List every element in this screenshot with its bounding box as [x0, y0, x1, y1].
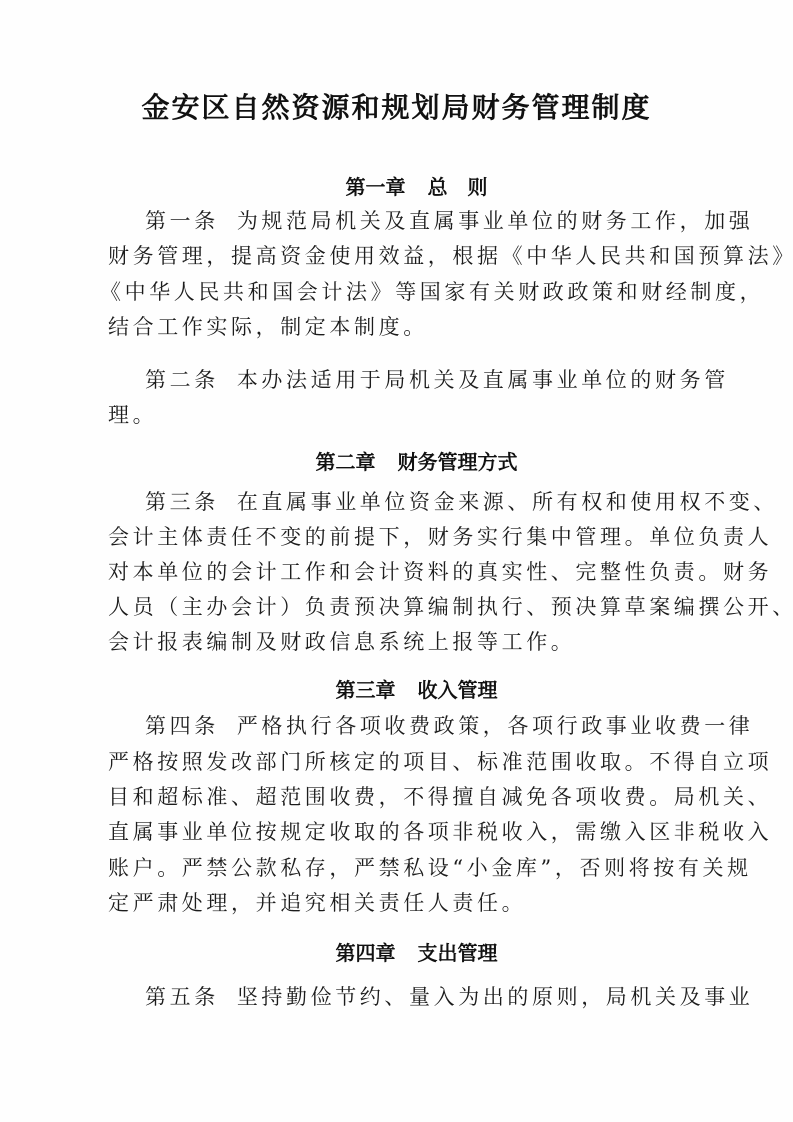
chapter-heading: 第一章总 则	[0, 174, 793, 200]
chapter-number: 第一章	[346, 175, 406, 199]
article-line: 《中华人民共和国会计法》等国家有关财政政策和财经制度，	[100, 280, 764, 304]
article-line: 定严肃处理，并追究相关责任人责任。	[108, 891, 526, 915]
article-line: 账户。严禁公款私存，严禁私设“小金库”，否则将按有关规	[108, 856, 752, 880]
chapter-name: 支出管理	[418, 941, 498, 965]
article-line: 第三条在直属事业单位资金来源、所有权和使用权不变、	[145, 490, 778, 514]
article-label: 第一条	[145, 209, 219, 233]
article-line: 第四条严格执行各项收费政策，各项行政事业收费一律	[145, 714, 753, 738]
article-line: 理。	[108, 403, 157, 427]
article-label: 第五条	[145, 985, 219, 1009]
article-line: 第五条坚持勤俭节约、量入为出的原则，局机关及事业	[145, 985, 753, 1009]
article-text: 为规范局机关及直属事业单位的财务工作，加强	[237, 209, 754, 233]
chapter-number: 第四章	[336, 941, 396, 965]
article-label: 第四条	[145, 714, 219, 738]
chapter-number: 第二章	[316, 450, 376, 474]
chapter-heading: 第三章收入管理	[0, 677, 793, 703]
article-line: 结合工作实际，制定本制度。	[108, 315, 428, 339]
article-line: 会计主体责任不变的前提下，财务实行集中管理。单位负责人	[108, 525, 772, 549]
article-line: 第一条为规范局机关及直属事业单位的财务工作，加强	[145, 209, 753, 233]
article-text: 本办法适用于局机关及直属事业单位的财务管	[237, 368, 729, 392]
article-text: 在直属事业单位资金来源、所有权和使用权不变、	[237, 490, 778, 514]
article-line: 第二条本办法适用于局机关及直属事业单位的财务管	[145, 368, 729, 392]
article-label: 第二条	[145, 368, 219, 392]
document-title: 金安区自然资源和规划局财务管理制度	[0, 90, 793, 126]
article-line: 财务管理，提高资金使用效益，根据《中华人民共和国预算法》	[108, 244, 793, 268]
document-page: 金安区自然资源和规划局财务管理制度 第一章总 则 第一条为规范局机关及直属事业单…	[0, 0, 793, 1122]
article-line: 直属事业单位按规定收取的各项非税收入，需缴入区非税收入	[108, 820, 772, 844]
article-text: 严格执行各项收费政策，各项行政事业收费一律	[237, 714, 754, 738]
article-line: 严格按照发改部门所核定的项目、标准范围收取。不得自立项	[108, 750, 772, 774]
chapter-name: 收入管理	[418, 678, 498, 702]
article-label: 第三条	[145, 490, 219, 514]
chapter-name: 财务管理方式	[398, 450, 518, 474]
article-text: 坚持勤俭节约、量入为出的原则，局机关及事业	[237, 985, 754, 1009]
chapter-heading: 第四章支出管理	[0, 940, 793, 966]
article-line: 目和超标准、超范围收费，不得擅自减免各项收费。局机关、	[108, 785, 772, 809]
article-line: 人员（主办会计）负责预决算编制执行、预决算草案编撰公开、	[108, 595, 793, 619]
chapter-heading: 第二章财务管理方式	[0, 449, 793, 475]
article-line: 会计报表编制及财政信息系统上报等工作。	[108, 630, 575, 654]
chapter-number: 第三章	[336, 678, 396, 702]
chapter-name: 总 则	[428, 175, 488, 199]
article-line: 对本单位的会计工作和会计资料的真实性、完整性负责。财务	[108, 560, 772, 584]
